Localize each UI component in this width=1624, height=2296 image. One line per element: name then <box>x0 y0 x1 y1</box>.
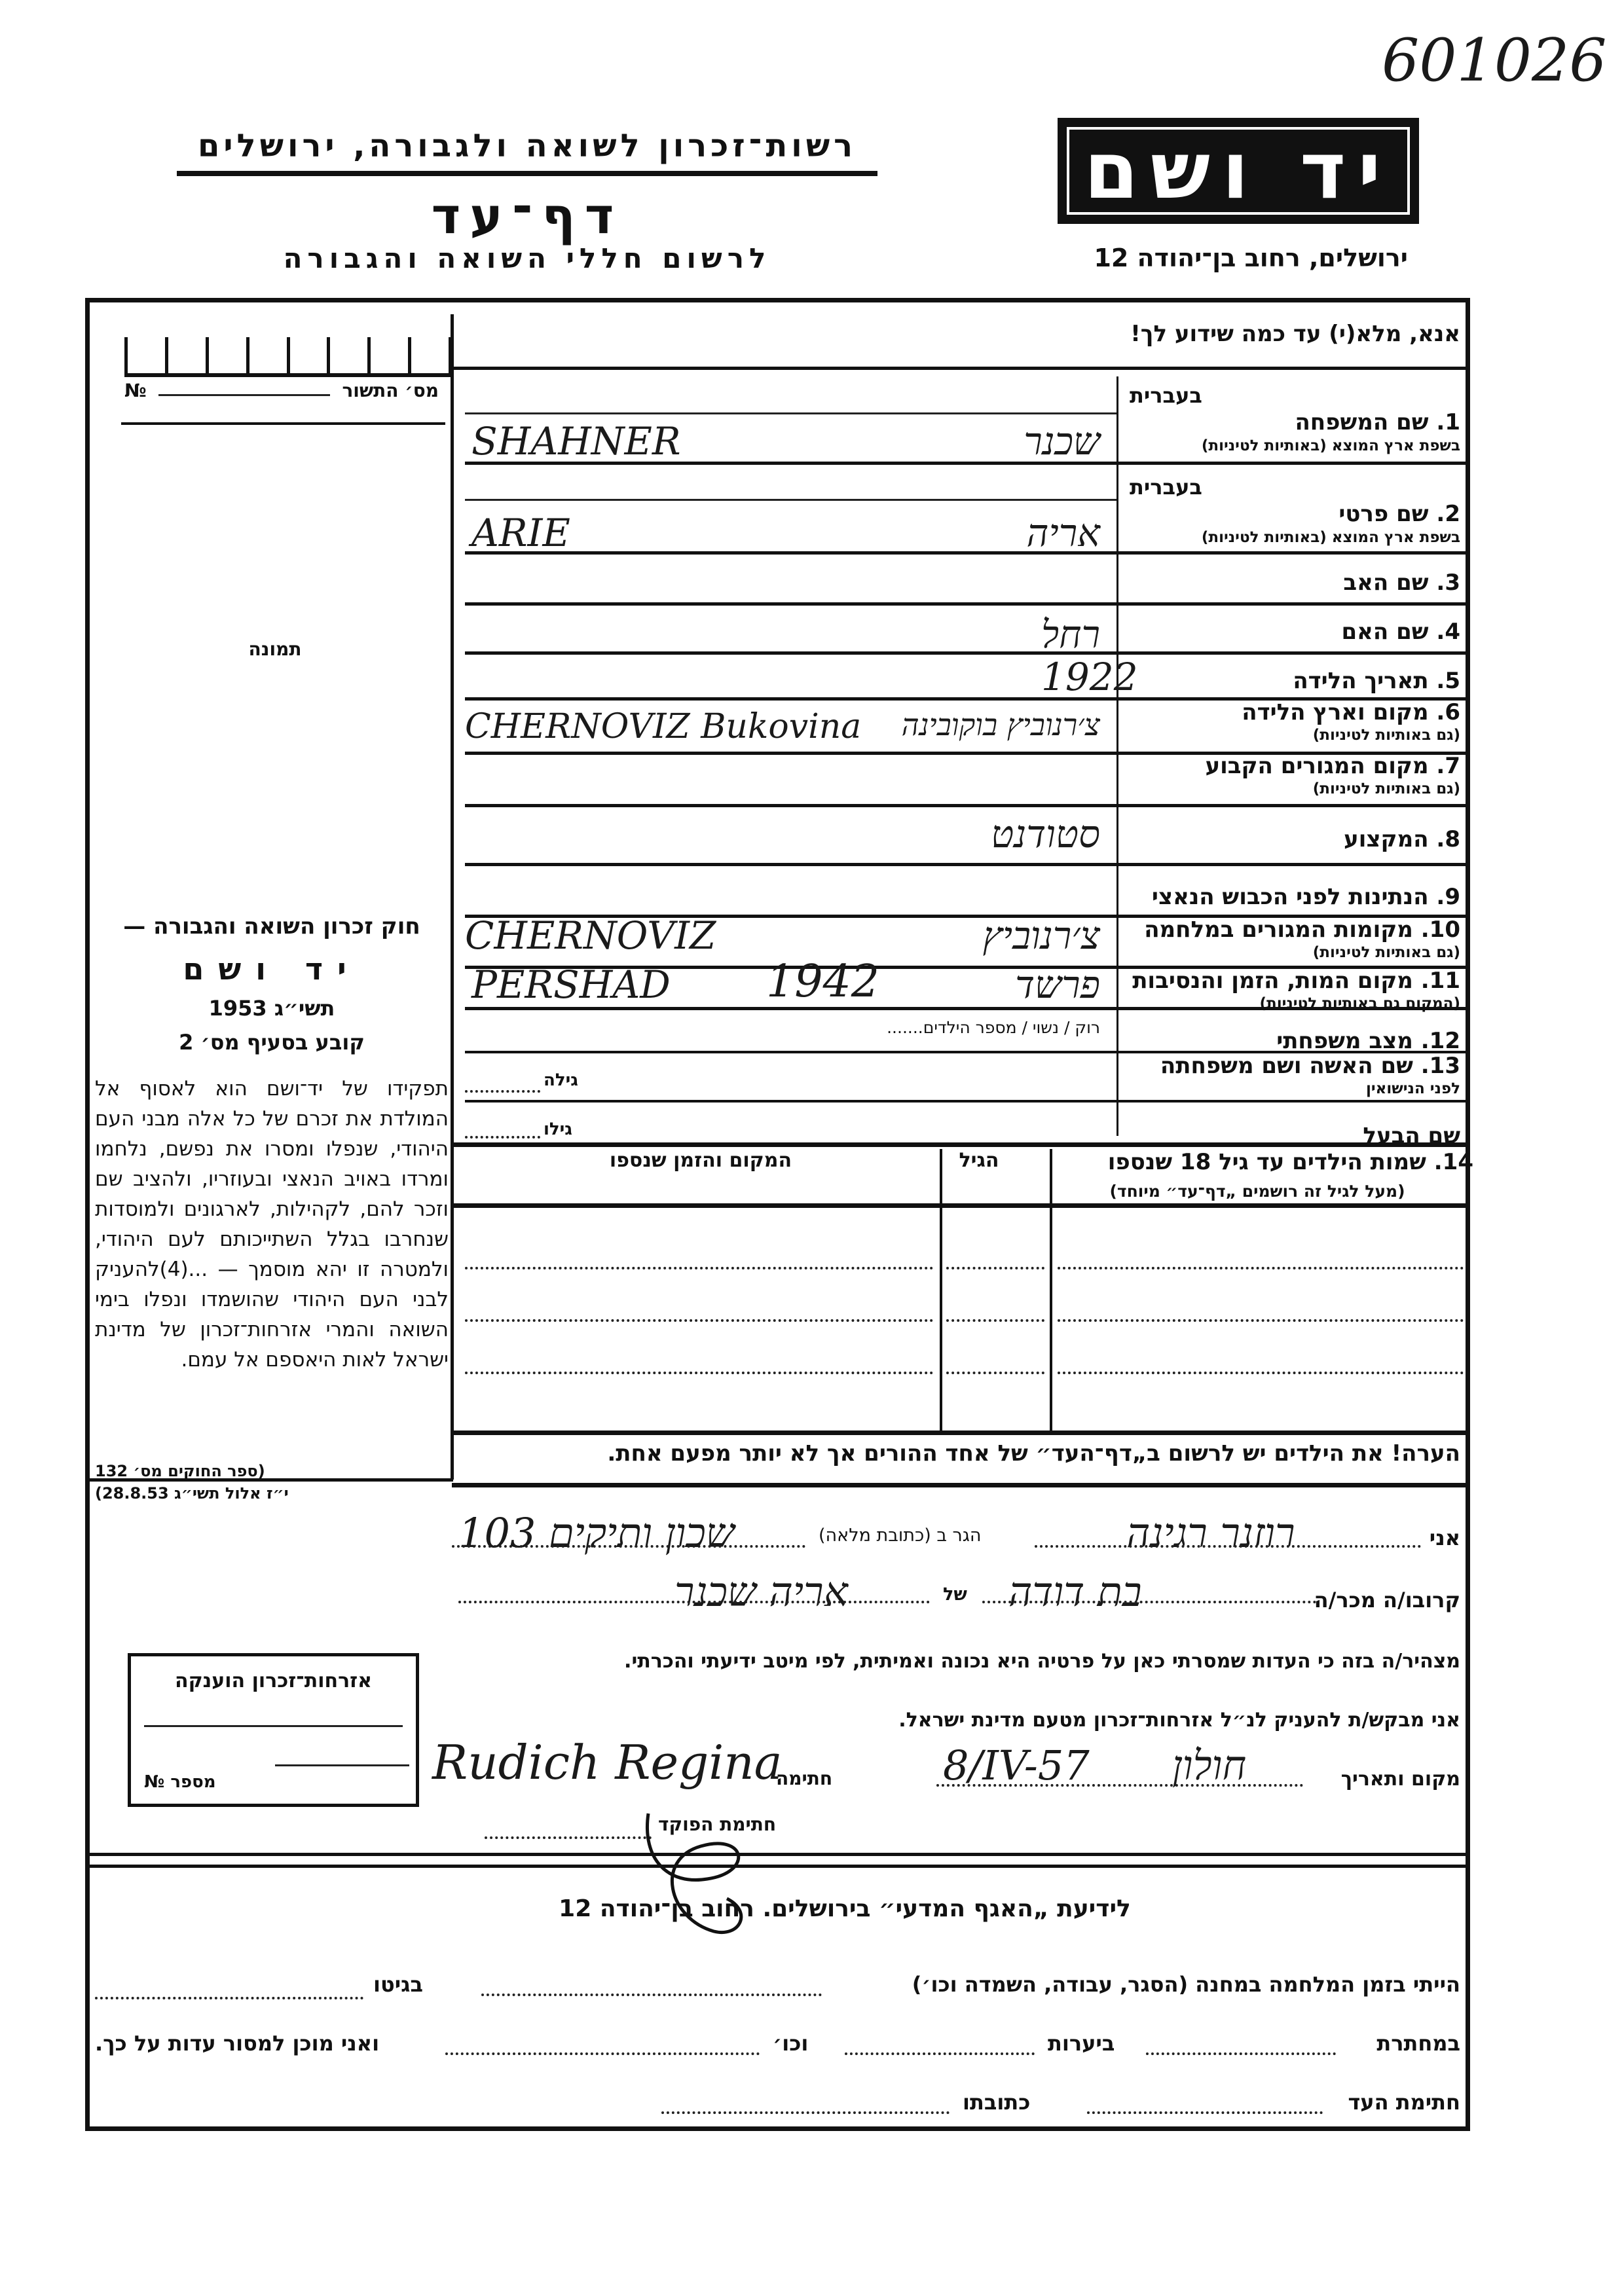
death-place-hebrew[interactable]: פרשד <box>1015 962 1100 1007</box>
ghetto-field[interactable] <box>95 1997 363 1999</box>
request-text: אני מבקש/ת להעניק לנ״ל אזרחות־זכרון מטעם… <box>898 1709 1460 1732</box>
underground-field[interactable] <box>1146 2052 1336 2055</box>
ghetto-label: בגיטו <box>373 1972 423 1997</box>
relation-value[interactable]: בת דודה <box>1008 1568 1142 1616</box>
witness-name-line <box>1035 1545 1421 1548</box>
divider <box>452 1483 1470 1487</box>
wife-age-field[interactable] <box>465 1090 540 1093</box>
place-date-line <box>936 1784 1303 1787</box>
signature-label: חתימה <box>776 1768 832 1789</box>
law-title: חוק זכרון השואה והגבורה — <box>95 913 449 939</box>
field-sublabel: לפני הנישואין <box>1366 1080 1460 1097</box>
child-name-field[interactable] <box>1058 1267 1464 1269</box>
child-place-field[interactable] <box>465 1319 933 1322</box>
etc-label: וכו׳ <box>773 2031 808 2056</box>
residing-label: הגר ב (כתובת מלאה) <box>819 1525 982 1546</box>
law-year: תשי״ג 1953 <box>95 996 449 1021</box>
field-sublabel: (גם באותיות לטיניות) <box>1313 780 1460 797</box>
witness-address-line <box>452 1545 805 1548</box>
address: ירושלים, רחוב בן־יהודה 12 <box>1054 244 1408 272</box>
yad-vashem-logo: יד ושם <box>1058 118 1419 224</box>
children-col-divider <box>940 1149 942 1430</box>
wartime-residence-latin[interactable]: CHERNOVIZ <box>465 913 716 958</box>
children-col-divider <box>1050 1149 1052 1430</box>
law-section: קובע בסעיף מס׳ 2 <box>95 1030 449 1055</box>
certificate-number-field[interactable]: מס׳ התשור № <box>124 380 439 401</box>
certificate-line <box>158 394 331 396</box>
remark-note: הערה! את הילדים יש לרשום ב„דף־העד״ של אח… <box>458 1440 1460 1467</box>
divider <box>465 462 1467 465</box>
in-hebrew-label: בעברית <box>1130 475 1202 500</box>
citizenship-box-title: אזרחות־זכרון הוענקה <box>131 1669 416 1692</box>
field-sublabel: בשפת ארץ המוצא (באותיות לטיניות) <box>1202 529 1460 546</box>
witness-signature[interactable]: Rudich Regina <box>432 1735 783 1790</box>
law-name: יד ושם <box>95 951 449 987</box>
etc-field[interactable] <box>445 2052 760 2055</box>
field-label-wartime-residence: 10. מקומות המגורים במלחמה <box>1144 917 1460 943</box>
child-name-field[interactable] <box>1058 1319 1464 1322</box>
form-title: דף־עד <box>419 187 635 245</box>
children-header-place: המקום והזמן שנספו <box>537 1149 864 1172</box>
children-header-age: הגיל <box>940 1149 1018 1172</box>
child-age-field[interactable] <box>946 1267 1044 1269</box>
husband-age-label: גילו <box>544 1120 572 1139</box>
divider <box>452 367 1470 370</box>
death-place-latin[interactable]: PERSHAD <box>471 962 671 1007</box>
victim-name-ref[interactable]: אריה שכנר <box>674 1568 848 1616</box>
family-name-latin[interactable]: SHAHNER <box>471 419 681 464</box>
field-label-father-name: 3. שם האב <box>1343 570 1460 596</box>
officer-signature-line[interactable] <box>485 1836 652 1839</box>
field-label-marital-status: 12. מצב משפחתי <box>1276 1028 1460 1054</box>
witness-signature-field[interactable] <box>1087 2111 1323 2114</box>
divider <box>275 1764 409 1766</box>
wartime-residence-hebrew[interactable]: צ׳רנוביץ <box>983 913 1100 958</box>
instruction: אנא, מלא(י) עד כמה שידוע לך! <box>1130 321 1460 347</box>
divider <box>465 551 1467 555</box>
birth-date-value[interactable]: 1922 <box>1041 655 1138 699</box>
divider <box>465 1007 1467 1010</box>
divider <box>90 1865 1470 1868</box>
law-reference: (ספר החוקים מס׳ 132 י״ז אלול תשי״ג 28.8.… <box>95 1460 357 1504</box>
divider <box>452 1203 1470 1208</box>
husband-age-field[interactable] <box>465 1136 540 1139</box>
divider <box>465 651 1467 655</box>
divider <box>121 422 445 425</box>
child-age-field[interactable] <box>946 1372 1044 1374</box>
profession-value[interactable]: סטודנט <box>991 812 1100 856</box>
victim-name-line <box>458 1601 930 1603</box>
number-sign: № <box>124 380 147 401</box>
camp-label: הייתי בזמן המלחמה במחנה (הסגר, עבודה, הש… <box>912 1972 1460 1997</box>
divider <box>465 863 1467 866</box>
children-header-names: 14. שמות הילדים עד גיל 18 שנספו <box>1054 1149 1473 1175</box>
photo-area-label: תמונה <box>210 638 341 660</box>
divider <box>144 1725 403 1727</box>
divider <box>465 804 1467 807</box>
relation-line <box>982 1601 1316 1603</box>
death-year-value[interactable]: 1942 <box>766 956 879 1008</box>
birth-place-hebrew[interactable]: צ׳רנוביץ בוקובינה <box>902 707 1100 742</box>
field-label-wife-name: 13. שם האשה ושם משפחתה <box>1160 1053 1460 1079</box>
affirmation-text: מצהיר/ה בזה כי העדות שמסרתי כאן על פרטיה… <box>624 1650 1460 1673</box>
citizenship-number-label: מספר № <box>144 1772 216 1792</box>
underground-label: במחתרת <box>1376 2031 1460 2056</box>
label-column-divider <box>1116 376 1118 1136</box>
forests-field[interactable] <box>845 2052 1035 2055</box>
testimony-offer-text: ואני מוכן למסור עדות על כך. <box>95 2031 379 2056</box>
child-place-field[interactable] <box>465 1267 933 1269</box>
divider <box>90 1478 453 1482</box>
child-name-field[interactable] <box>1058 1372 1464 1374</box>
divider <box>465 1100 1467 1102</box>
memorial-citizenship-box: אזרחות־זכרון הוענקה מספר № <box>128 1653 419 1807</box>
field-label-birth-date: 5. תאריך הלידה <box>1293 668 1460 694</box>
form-subtitle: לרשום חללי השואה והגבורה <box>249 242 805 274</box>
child-place-field[interactable] <box>465 1372 933 1374</box>
forests-label: ביערות <box>1048 2031 1115 2056</box>
law-text: תפקידו של יד־ושם הוא לאסוף אל המולדת את … <box>95 1074 449 1375</box>
officer-scrawl-icon <box>629 1807 773 1944</box>
birth-place-latin[interactable]: CHERNOVIZ Bukovina <box>465 707 861 746</box>
relation-label: קרובו/ה מכר/ה <box>1314 1588 1460 1613</box>
law-ref-line-2: י״ז אלול תשי״ג 28.8.53) <box>95 1482 357 1504</box>
of-label: של <box>943 1584 967 1605</box>
certificate-label: מס׳ התשור <box>342 380 439 401</box>
camp-field[interactable] <box>481 1994 822 1996</box>
place-date-label: מקום ותאריך <box>1341 1768 1460 1791</box>
wife-age-label: גילה <box>544 1070 578 1090</box>
field-label-nationality: 9. הנתינות לפני הכבוש הנאצי <box>1152 884 1460 910</box>
field-label-permanent-residence: 7. מקום המגורים הקבוע <box>1205 753 1460 779</box>
child-age-field[interactable] <box>946 1319 1044 1322</box>
witness-address-value[interactable]: שכון ותיקים 103 <box>458 1509 735 1558</box>
field-label-birth-place: 6. מקום וארץ הלידה <box>1242 699 1460 725</box>
field-label-profession: 8. המקצוע <box>1344 826 1460 852</box>
first-name-hebrew[interactable]: אריה <box>1027 511 1101 555</box>
place-value[interactable]: חולון <box>1172 1741 1246 1790</box>
first-name-latin[interactable]: ARIE <box>471 511 570 555</box>
address-label: כתובתו <box>963 2090 1030 2115</box>
field-sublabel: (גם באותיות לטיניות) <box>1313 944 1460 961</box>
witness-intro: אני <box>1430 1525 1460 1550</box>
divider <box>90 1853 1470 1856</box>
field-label-mother-name: 4. שם האם <box>1341 619 1460 645</box>
left-column-divider <box>451 314 454 1480</box>
photo-tick-strip <box>124 324 452 377</box>
divider <box>465 499 1116 501</box>
witness-address-field[interactable] <box>661 2111 950 2114</box>
divider <box>465 412 1116 414</box>
field-sublabel: (גם באותיות לטיניות) <box>1313 727 1460 744</box>
in-hebrew-label: בעברית <box>1130 383 1202 408</box>
field-label-first-name: 2. שם פרטי <box>1338 501 1460 527</box>
field-label-family-name: 1. שם המשפחה <box>1295 409 1460 435</box>
witness-signature-label: חתימת העד <box>1348 2090 1460 2115</box>
divider <box>465 602 1467 606</box>
divider <box>452 1430 1470 1435</box>
family-name-hebrew[interactable]: שכנר <box>1024 419 1100 464</box>
witness-name-value[interactable]: רוזנר רגינה <box>1126 1509 1295 1558</box>
divider <box>452 1142 1470 1147</box>
children-header-note: (מעל לגיל זה רושמים „דף־עד״ מיוחד) <box>1054 1182 1460 1201</box>
field-sublabel: בשפת ארץ המוצא (באותיות לטיניות) <box>1202 437 1460 454</box>
field-label-death-place: 11. מקום המות, הזמן והנסיבות <box>1132 968 1460 994</box>
bottom-title: לידיעת „האגף המדעי״ בירושלים. רחוב בן־יה… <box>498 1895 1192 1922</box>
marital-status-options[interactable]: רוק / נשוי / מספר הילדים....... <box>887 1018 1100 1037</box>
document-number: 601026 <box>1382 26 1607 95</box>
law-block: חוק זכרון השואה והגבורה — יד ושם תשי״ג 1… <box>95 913 449 1063</box>
date-value[interactable]: 8/IV-57 <box>943 1741 1090 1789</box>
mother-name-value[interactable]: רחל <box>1041 612 1100 657</box>
authority-name: רשות־זכרון לשואה ולגבורה, ירושלים <box>177 128 877 176</box>
